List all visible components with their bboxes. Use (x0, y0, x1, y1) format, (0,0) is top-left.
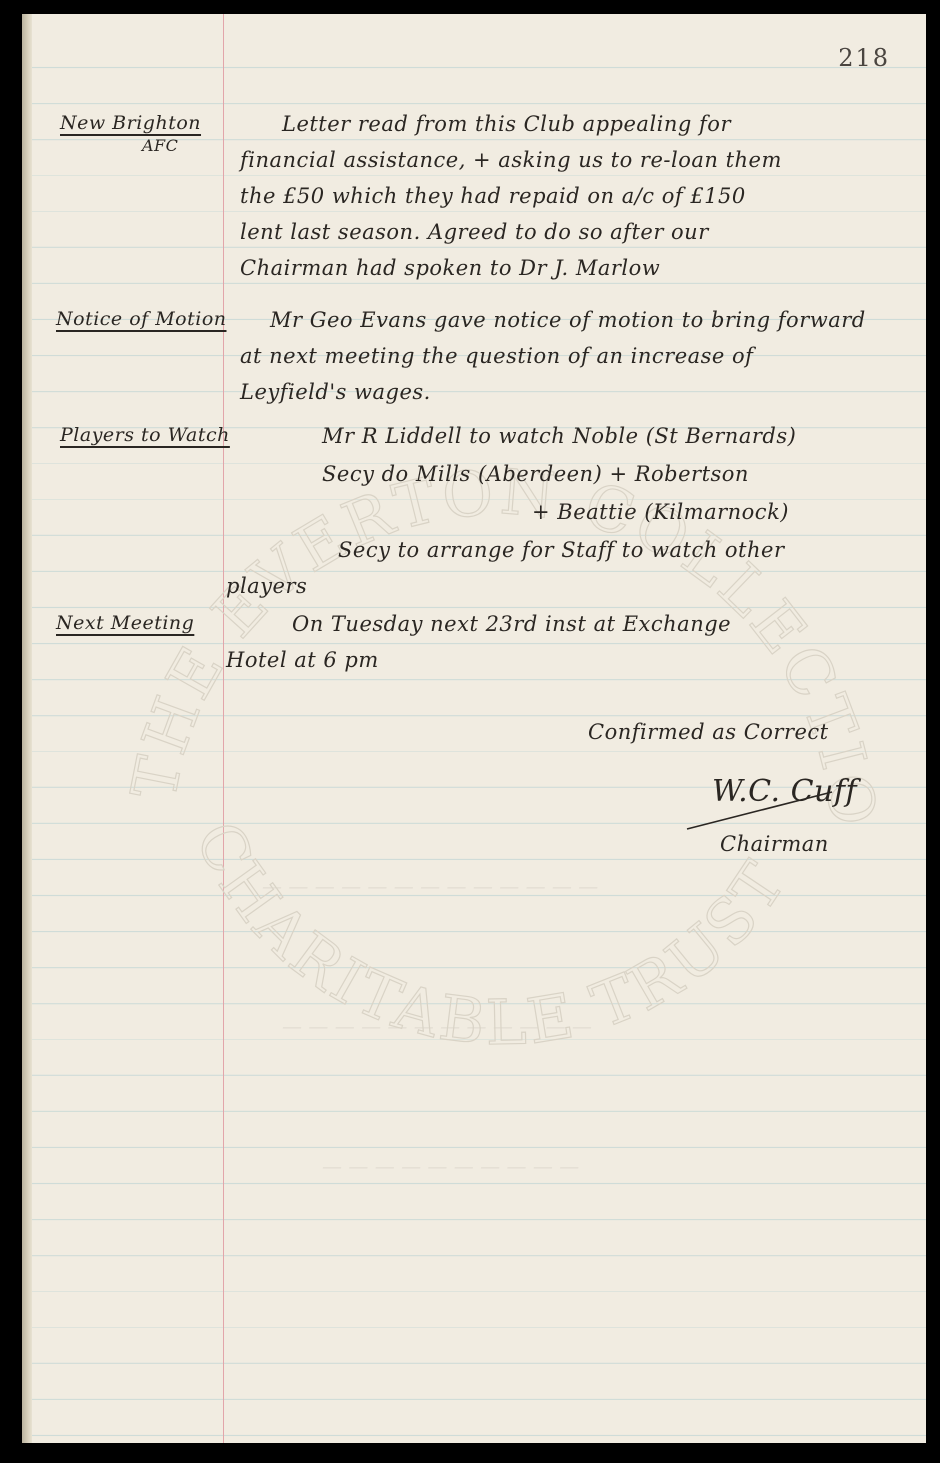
entry-line: lent last season. Agreed to do so after … (240, 220, 709, 244)
bleed-through-text: — — — — — — — — — — — — — (262, 874, 598, 898)
entry-line: Letter read from this Club appealing for (282, 112, 731, 136)
entry-label-next-meeting: Next Meeting (56, 612, 194, 634)
entry-line: the £50 which they had repaid on a/c of … (240, 184, 746, 208)
entry-line: Hotel at 6 pm (226, 648, 379, 672)
entry-line: + Beattie (Kilmarnock) (532, 500, 789, 524)
entry-label-players-to-watch: Players to Watch (60, 424, 230, 446)
entry-line: Secy to arrange for Staff to watch other (338, 538, 784, 562)
entry-line: financial assistance, + asking us to re-… (240, 148, 782, 172)
page-binding-edge (22, 14, 32, 1443)
ledger-page: — — — — — — — — — — — — — — — — — — — — … (22, 14, 926, 1443)
entry-line: Mr Geo Evans gave notice of motion to br… (270, 308, 866, 332)
bleed-through-text: — — — — — — — — — — (322, 1154, 579, 1178)
entry-line: Secy do Mills (Aberdeen) + Robertson (322, 462, 749, 486)
entry-line: players (226, 574, 307, 598)
entry-line: Chairman had spoken to Dr J. Marlow (240, 256, 660, 280)
bleed-through-text: — — — — — — — — — — — — (282, 1014, 592, 1038)
chairman-title: Chairman (720, 832, 829, 856)
entry-label-notice-of-motion: Notice of Motion (56, 308, 227, 330)
entry-line: at next meeting the question of an incre… (240, 344, 753, 368)
margin-rule (223, 14, 224, 1443)
entry-label-new-brighton: New Brighton (60, 112, 201, 134)
entry-line: Leyfield's wages. (240, 380, 431, 404)
entry-line: Mr R Liddell to watch Noble (St Bernards… (322, 424, 796, 448)
entry-line: On Tuesday next 23rd inst at Exchange (292, 612, 731, 636)
confirmation-text: Confirmed as Correct (588, 720, 829, 744)
signature-flourish (682, 784, 842, 834)
page-number: 218 (838, 44, 890, 72)
entry-label-new-brighton-sub: AFC (142, 136, 178, 155)
